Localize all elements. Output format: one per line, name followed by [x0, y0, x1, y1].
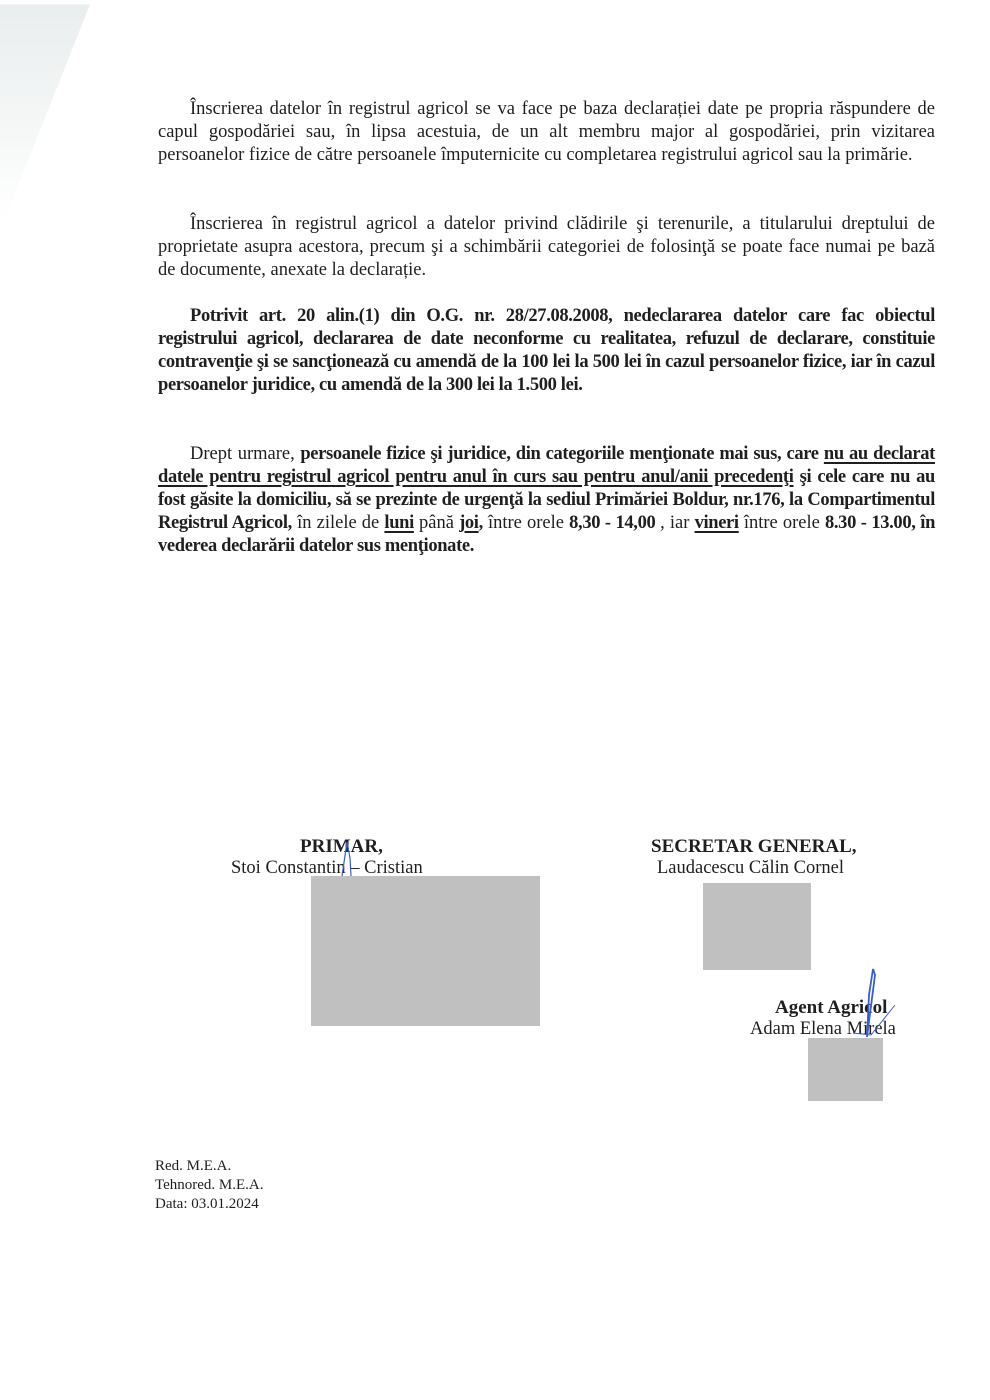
paragraph-registration-basis: Înscrierea datelor în registrul agricol …: [158, 98, 935, 167]
signature-stroke-mayor: [335, 838, 365, 878]
text-segment: în zilele de: [292, 513, 384, 533]
hours-mon-thu: 8,30 - 14,00: [569, 513, 660, 533]
redacted-signature-secretary: [703, 883, 811, 970]
secretary-name: Laudacescu Călin Cornel: [657, 858, 844, 879]
footer-red: Red. M.E.A.: [155, 1157, 264, 1176]
redacted-signature-mayor: [311, 876, 540, 1026]
footer-tehnored: Tehnored. M.E.A.: [155, 1176, 264, 1195]
redacted-signature-agent: [808, 1038, 883, 1101]
text-segment: între orele: [739, 513, 825, 533]
paragraph-text: Potrivit art. 20 alin.(1) din O.G. nr. 2…: [158, 306, 935, 395]
scan-edge-shadow: [0, 0, 90, 220]
day-monday: luni: [384, 513, 413, 533]
text-segment: , iar: [660, 513, 694, 533]
paragraph-text: Înscrierea datelor în registrul agricol …: [158, 99, 935, 165]
paragraph-text: Înscrierea în registrul agricol a datelo…: [158, 214, 935, 280]
text-segment: până: [414, 513, 459, 533]
day-friday: vineri: [695, 513, 739, 533]
paragraph-call-to-action: Drept urmare, persoanele fizice şi jurid…: [158, 443, 935, 558]
secretary-title: SECRETAR GENERAL,: [651, 836, 857, 858]
paragraph-legal-penalty: Potrivit art. 20 alin.(1) din O.G. nr. 2…: [158, 305, 935, 397]
signature-stroke-agent: [845, 965, 905, 1045]
text-segment: Drept urmare,: [190, 444, 300, 464]
footer-date: Data: 03.01.2024: [155, 1195, 264, 1214]
text-segment-bold: persoanele fizice şi juridice, din categ…: [300, 444, 824, 464]
footer-notes: Red. M.E.A. Tehnored. M.E.A. Data: 03.01…: [155, 1157, 264, 1214]
paragraph-documents-required: Înscrierea în registrul agricol a datelo…: [158, 213, 935, 282]
text-segment: între orele: [483, 513, 569, 533]
day-thursday: joi: [459, 513, 479, 533]
